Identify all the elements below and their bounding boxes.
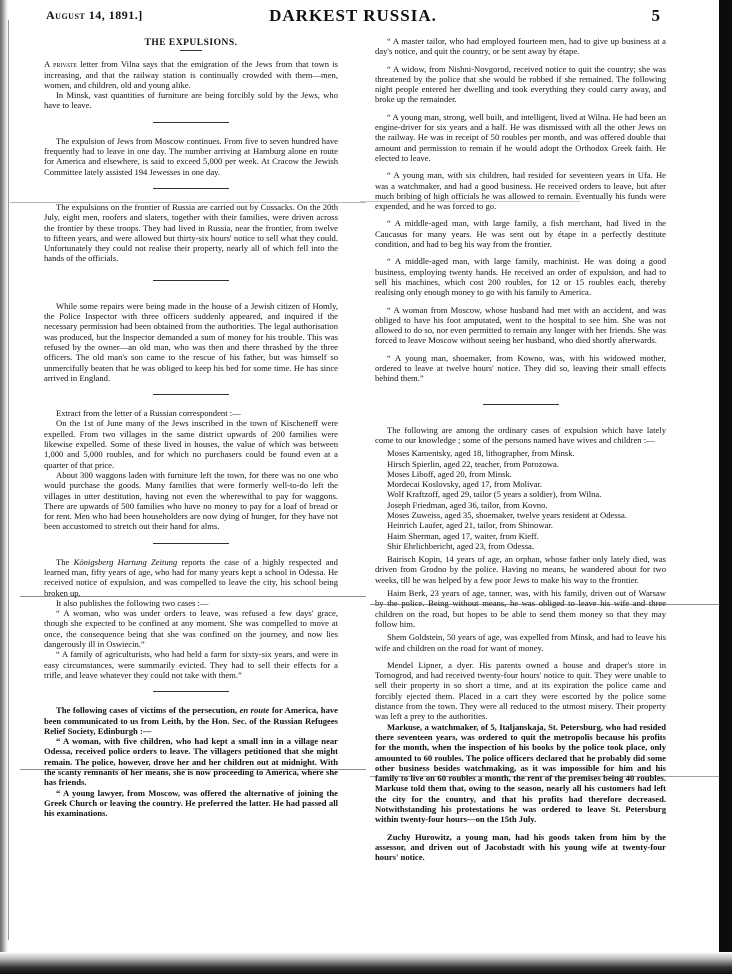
publication-title: DARKEST RUSSIA. — [46, 6, 660, 26]
paragraph-woman-moscow: “ A woman from Moscow, whose husband had… — [375, 305, 666, 346]
divider — [153, 280, 229, 281]
list-item: Shir Ehrlichbericht, aged 23, from Odess… — [375, 541, 666, 551]
paragraph-markuse: Markuse, a watchmaker, of 5, Italjanskaj… — [375, 722, 666, 825]
scan-artifact-line — [10, 202, 366, 203]
paragraph-list-intro: The following are among the ordinary cas… — [375, 425, 666, 446]
paragraph-tailor: “ A master tailor, who had employed four… — [375, 36, 666, 57]
paragraph-watchmaker-ufa: “ A young man, with six children, had re… — [375, 170, 666, 211]
paragraph-hurowitz: Zuchy Hurowitz, a young man, had his goo… — [375, 832, 666, 863]
paragraph-vilna: A private letter from Vilna says that th… — [44, 59, 338, 90]
paragraph-waggons: About 300 waggons laden with furniture l… — [44, 470, 338, 532]
page-left-edge — [0, 0, 8, 974]
paragraph-kischeneff: On the 1st of June many of the Jews insc… — [44, 418, 338, 469]
paragraph-widow: “ A widow, from Nishni-Novgorod, receive… — [375, 64, 666, 105]
list-item: Moses Kamentsky, aged 18, lithographer, … — [375, 448, 666, 458]
paragraph-leith: The following cases of victims of the pe… — [44, 705, 338, 736]
paragraph-fish-merchant: “ A middle-aged man, with large family, … — [375, 218, 666, 249]
paragraph-agriculturists: “ A family of agriculturists, who had he… — [44, 649, 338, 680]
list-item: Haim Sherman, aged 17, waiter, from Kief… — [375, 531, 666, 541]
divider — [153, 122, 229, 123]
page-binding-rule — [8, 20, 9, 940]
divider — [153, 188, 229, 189]
paragraph-berk: Haim Berk, 23 years of age, tanner, was,… — [375, 588, 666, 629]
divider — [483, 404, 559, 405]
paragraph-goldstein: Shem Goldstein, 50 years of age, was exp… — [375, 632, 666, 653]
paragraph-frontier: The expulsions on the frontier of Russia… — [44, 202, 338, 264]
scan-artifact-line — [370, 776, 720, 777]
paragraph-lawyer: “ A young lawyer, from Moscow, was offer… — [44, 788, 338, 819]
list-item: Moses Zuweiss, aged 35, shoemaker, twelv… — [375, 510, 666, 520]
list-item: Mordecai Koslovsky, aged 17, from Moliva… — [375, 479, 666, 489]
paragraph-machinist: “ A middle-aged man, with large family, … — [375, 256, 666, 297]
paragraph-konigsberg: The Königsberg Hartung Zeitung reports t… — [44, 557, 338, 598]
paragraph-shoemaker-kowno: “ A young man, shoemaker, from Kowno, wa… — [375, 353, 666, 384]
scan-artifact-line — [20, 769, 366, 770]
left-column: THE EXPULSIONS. A private letter from Vi… — [44, 34, 338, 819]
scan-right-border — [719, 0, 732, 974]
paragraph-lipner: Mendel Lipner, a dyer. His parents owned… — [375, 660, 666, 722]
paragraph-moscow: The expulsion of Jews from Moscow contin… — [44, 136, 338, 177]
title-divider — [180, 50, 202, 51]
divider — [153, 543, 229, 544]
page-number: 5 — [652, 6, 661, 26]
scan-artifact-line — [360, 201, 580, 202]
divider — [153, 691, 229, 692]
persons-list: Moses Kamentsky, aged 18, lithographer, … — [375, 448, 666, 551]
paragraph-kopin: Bairisch Kopin, 14 years of age, an orph… — [375, 554, 666, 585]
paragraph-two-cases: It also publishes the following two case… — [44, 598, 338, 608]
paragraph-homly: While some repairs were being made in th… — [44, 301, 338, 383]
paragraph-extract-intro: Extract from the letter of a Russian cor… — [44, 408, 338, 418]
list-item: Joseph Friedman, aged 36, tailor, from K… — [375, 500, 666, 510]
scan-artifact-line — [20, 596, 366, 597]
paragraph-engine-driver: “ A young man, strong, well built, and i… — [375, 112, 666, 163]
scan-artifact-line — [370, 604, 720, 605]
paragraph-woman-confined: “ A woman, who was under orders to leave… — [44, 608, 338, 649]
paragraph-minsk: In Minsk, vast quantities of furniture a… — [44, 90, 338, 111]
scan-bottom-edge — [0, 952, 732, 974]
divider — [153, 394, 229, 395]
list-item: Wolf Kraftzoff, aged 29, tailor (5 years… — [375, 489, 666, 499]
list-item: Hirsch Spierlin, aged 22, teacher, from … — [375, 459, 666, 469]
paragraph-five-children: “ A woman, with five children, who had k… — [44, 736, 338, 787]
list-item: Heinrich Laufer, aged 21, tailor, from S… — [375, 520, 666, 530]
section-title: THE EXPULSIONS. — [44, 38, 338, 48]
list-item: Moses Liboff, aged 20, from Minsk. — [375, 469, 666, 479]
page-header: August 14, 1891.] DARKEST RUSSIA. 5 — [46, 6, 660, 26]
right-column: “ A master tailor, who had employed four… — [375, 36, 666, 862]
